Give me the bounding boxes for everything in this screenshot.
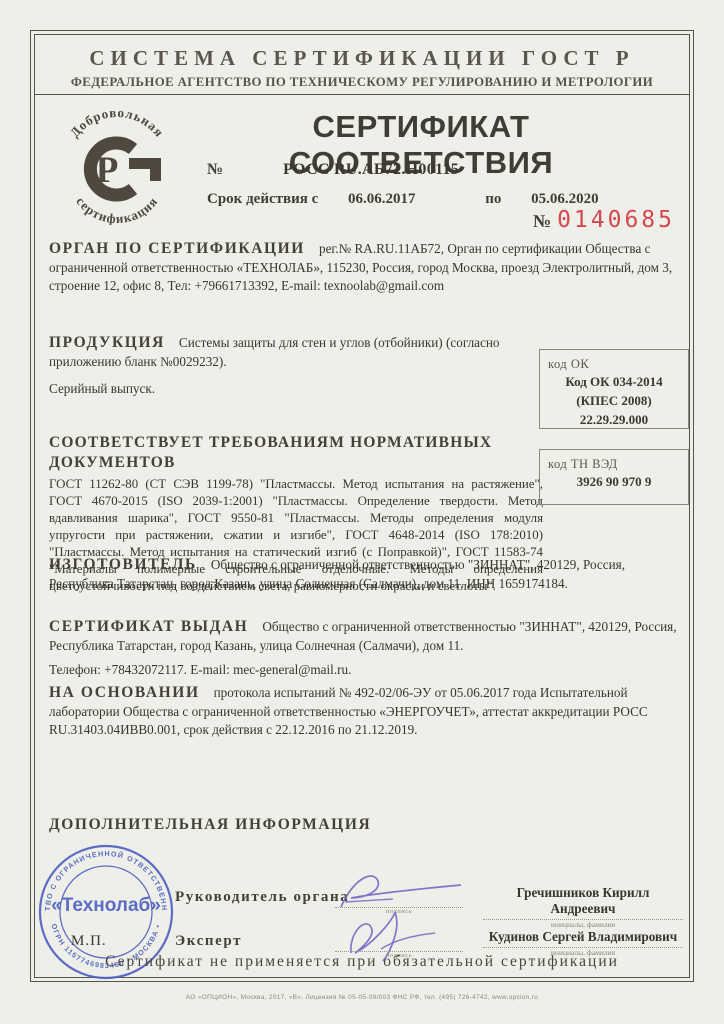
valid-to-date: 05.06.2020: [531, 191, 599, 207]
stamp-center-text: «Технолаб»: [51, 895, 161, 916]
certificate-page: СИСТЕМА СЕРТИФИКАЦИИ ГОСТ Р ФЕДЕРАЛЬНОЕ …: [0, 0, 724, 1024]
validity-row: Срок действия с 06.06.2017 по 05.06.2020: [207, 191, 599, 208]
additional-info-label: ДОПОЛНИТЕЛЬНАЯ ИНФОРМАЦИЯ: [49, 816, 371, 833]
certification-body-label: ОРГАН ПО СЕРТИФИКАЦИИ: [49, 240, 305, 257]
valid-from-date: 06.06.2017: [348, 191, 416, 207]
cert-system-title: СИСТЕМА СЕРТИФИКАЦИИ ГОСТ Р: [35, 46, 689, 71]
blank-number: №0140685: [533, 207, 675, 233]
valid-to-prefix: по: [485, 191, 501, 207]
section-issued-to: СЕРТИФИКАТ ВЫДАНОбщество с ограниченной …: [49, 617, 681, 678]
tnved-code-box: код ТН ВЭД 3926 90 970 9: [539, 449, 689, 505]
section-manufacturer: ИЗГОТОВИТЕЛЬОбщество с ограниченной отве…: [49, 555, 681, 593]
blank-number-value: 0140685: [557, 207, 675, 233]
logo-top-text: Добровольная: [67, 105, 168, 140]
print-house-info: АО «ОПЦИОН», Москва, 2017, «В». Лицензия…: [0, 994, 724, 1001]
conformity-label: СООТВЕТСТВУЕТ ТРЕБОВАНИЯМ НОРМАТИВНЫХ ДО…: [49, 433, 529, 474]
certificate-frame: СИСТЕМА СЕРТИФИКАЦИИ ГОСТ Р ФЕДЕРАЛЬНОЕ …: [30, 30, 694, 982]
svg-text:Р: Р: [96, 150, 119, 191]
certificate-number-row: № РОСС RU.АБ72.Н00115: [207, 161, 459, 179]
head-signature-caption: подпись: [335, 908, 463, 915]
number-sign: №: [207, 161, 223, 178]
mp-seal-placeholder: М.П.: [71, 933, 107, 950]
head-name-caption: инициалы, фамилия: [483, 920, 683, 929]
rst-mark-icon: Р: [90, 143, 161, 195]
head-signature-line: подпись: [335, 907, 463, 915]
section-additional-info: ДОПОЛНИТЕЛЬНАЯ ИНФОРМАЦИЯ: [49, 815, 385, 835]
head-role-label: Руководитель органа: [175, 889, 349, 906]
section-product: ПРОДУКЦИЯСистемы защиты для стен и углов…: [49, 333, 527, 397]
section-certification-body: ОРГАН ПО СЕРТИФИКАЦИИрег.№ RA.RU.11АБ72,…: [49, 239, 679, 294]
product-label: ПРОДУКЦИЯ: [49, 334, 165, 351]
basis-label: НА ОСНОВАНИИ: [49, 684, 200, 701]
rst-logo-icon: Добровольная сертификация Р: [51, 103, 183, 225]
ok-code-line1: Код ОК 034-2014: [548, 373, 680, 392]
ok-code-line3: 22.29.29.000: [548, 411, 680, 430]
issued-to-label: СЕРТИФИКАТ ВЫДАН: [49, 618, 248, 635]
footer-note: Сертификат не применяется при обязательн…: [35, 953, 689, 971]
ok-code-line2: (КПЕС 2008): [548, 392, 680, 411]
tnved-code-label: код ТН ВЭД: [548, 455, 680, 473]
issued-to-contact: Телефон: +78432072117. E-mail: mec-gener…: [49, 661, 681, 678]
section-basis: НА ОСНОВАНИИпротокола испытаний № 492-02…: [49, 683, 689, 738]
certificate-number: РОСС RU.АБ72.Н00115: [283, 161, 459, 178]
product-serial-text: Серийный выпуск.: [49, 380, 527, 397]
expert-role-label: Эксперт: [175, 933, 242, 950]
svg-text:Добровольная: Добровольная: [67, 105, 168, 140]
agency-title: ФЕДЕРАЛЬНОЕ АГЕНТСТВО ПО ТЕХНИЧЕСКОМУ РЕ…: [35, 75, 689, 90]
manufacturer-label: ИЗГОТОВИТЕЛЬ: [49, 556, 197, 573]
head-name-block: Гречишников Кирилл Андреевич инициалы, ф…: [483, 885, 683, 929]
tnved-code-value: 3926 90 970 9: [548, 473, 680, 492]
validity-prefix: Срок действия с: [207, 191, 318, 207]
ok-code-label: код ОК: [548, 355, 680, 373]
head-name: Гречишников Кирилл Андреевич: [483, 885, 683, 920]
certificate-header: СИСТЕМА СЕРТИФИКАЦИИ ГОСТ Р ФЕДЕРАЛЬНОЕ …: [35, 35, 689, 95]
blank-number-sign: №: [533, 211, 551, 231]
expert-name: Кудинов Сергей Владимирович: [483, 929, 683, 948]
ok-code-box: код ОК Код ОК 034-2014 (КПЕС 2008) 22.29…: [539, 349, 689, 429]
